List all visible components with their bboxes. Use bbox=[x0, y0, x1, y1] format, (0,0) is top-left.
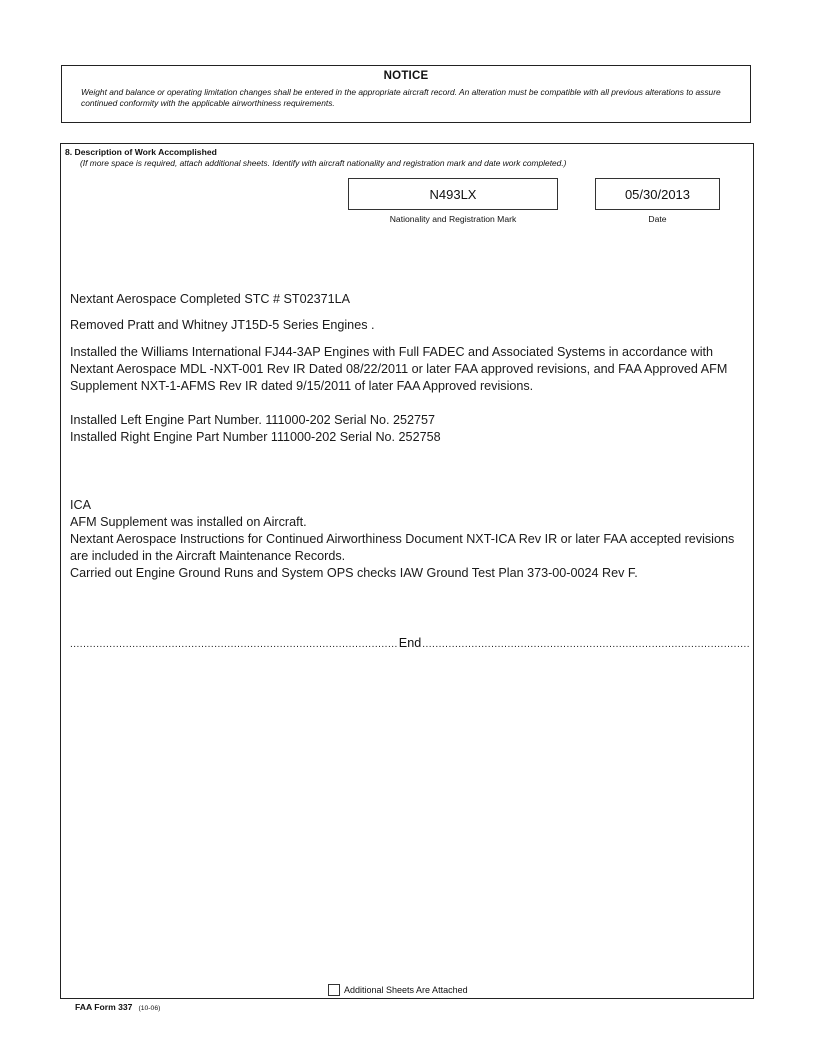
form-name: FAA Form 337 bbox=[75, 1002, 132, 1012]
date-caption: Date bbox=[595, 214, 720, 224]
right-engine-statement: Installed Right Engine Part Number 11100… bbox=[70, 429, 750, 446]
ica-heading: ICA bbox=[70, 497, 750, 514]
left-engine-statement: Installed Left Engine Part Number. 11100… bbox=[70, 412, 750, 429]
removed-engines-statement: Removed Pratt and Whitney JT15D-5 Series… bbox=[70, 317, 750, 334]
form-revision: (10-06) bbox=[138, 1005, 160, 1012]
dotted-leader: ........................................… bbox=[70, 639, 398, 650]
date-field[interactable]: 05/30/2013 bbox=[595, 178, 720, 210]
additional-sheets-label: Additional Sheets Are Attached bbox=[344, 985, 468, 995]
additional-sheets-row: Additional Sheets Are Attached bbox=[328, 984, 468, 996]
installed-engines-statement: Installed the Williams International FJ4… bbox=[70, 344, 750, 395]
registration-mark-caption: Nationality and Registration Mark bbox=[348, 214, 558, 224]
description-of-work-section: 8. Description of Work Accomplished (If … bbox=[60, 143, 754, 999]
end-marker-line: ........................................… bbox=[70, 636, 750, 650]
dotted-leader: ........................................… bbox=[422, 639, 750, 650]
section-label: 8. Description of Work Accomplished bbox=[65, 147, 217, 157]
section-hint: (If more space is required, attach addit… bbox=[80, 158, 566, 168]
form-footer: FAA Form 337(10-06) bbox=[75, 1002, 160, 1012]
end-marker: End bbox=[398, 636, 422, 650]
registration-mark-field[interactable]: N493LX bbox=[348, 178, 558, 210]
notice-text: Weight and balance or operating limitati… bbox=[81, 87, 731, 109]
ica-document-statement: Nextant Aerospace Instructions for Conti… bbox=[70, 531, 750, 565]
afm-statement: AFM Supplement was installed on Aircraft… bbox=[70, 514, 750, 531]
ground-runs-statement: Carried out Engine Ground Runs and Syste… bbox=[70, 565, 750, 582]
notice-box: NOTICE Weight and balance or operating l… bbox=[61, 65, 751, 123]
stc-statement: Nextant Aerospace Completed STC # ST0237… bbox=[70, 291, 750, 308]
additional-sheets-checkbox[interactable] bbox=[328, 984, 340, 996]
notice-title: NOTICE bbox=[62, 70, 750, 82]
